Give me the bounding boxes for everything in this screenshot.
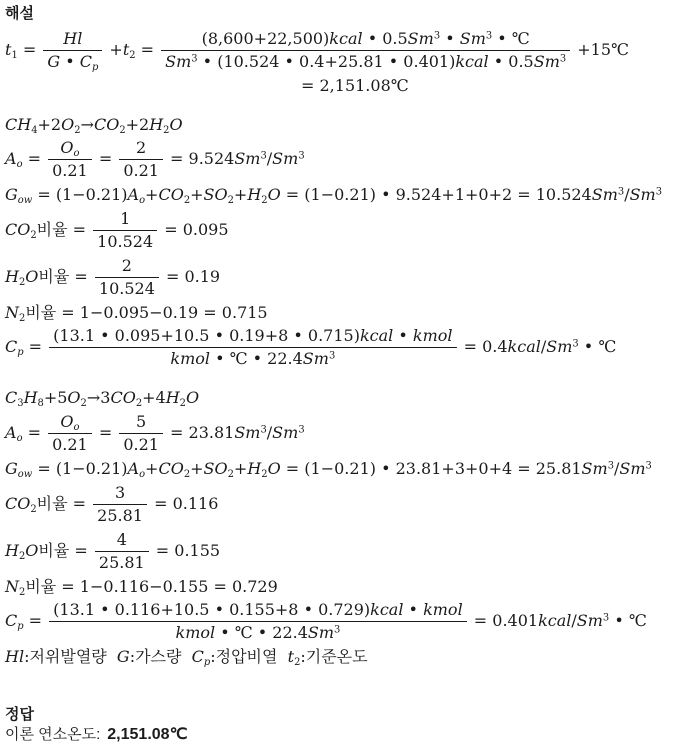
math-line: CO2비율 = 110.524 = 0.095 (5, 208, 672, 253)
document: 해설 t1 = HlG • Cp +t2 = (8,600+22,500)kca… (0, 0, 678, 754)
line-gap (5, 372, 672, 385)
math-line: = 2,151.08℃ (301, 75, 672, 97)
math-line: H2O비율 = 425.81 = 0.155 (5, 529, 672, 574)
answer-value: 2,151.08℃ (107, 726, 187, 743)
math-line: Cp = (13.1 • 0.116+10.5 • 0.155+8 • 0.72… (5, 599, 672, 644)
math-line: CH4+2O2→CO2+2H2O (5, 114, 672, 136)
math-line: Ao = Oo0.21 = 20.21 = 9.524Sm3/Sm3 (5, 137, 672, 182)
answer-line: 이론 연소온도:2,151.08℃ (5, 725, 672, 746)
math-line: t1 = HlG • Cp +t2 = (8,600+22,500)kcal •… (5, 28, 672, 73)
math-line: Gow = (1−0.21)Ao+CO2+SO2+H2O = (1−0.21) … (5, 184, 672, 206)
answer-heading: 정답 (5, 706, 672, 724)
math-line: C3H8+5O2→3CO2+4H2O (5, 387, 672, 409)
math-line: Ao = Oo0.21 = 50.21 = 23.81Sm3/Sm3 (5, 411, 672, 456)
line-gap (5, 99, 672, 112)
math-line: Gow = (1−0.21)Ao+CO2+SO2+H2O = (1−0.21) … (5, 458, 672, 480)
math-line: N2비율 = 1−0.116−0.155 = 0.729 (5, 576, 672, 598)
math-line: H2O비율 = 210.524 = 0.19 (5, 255, 672, 300)
math-line: CO2비율 = 325.81 = 0.116 (5, 482, 672, 527)
math-line: Hl:저위발열량 G:가스량 Cp:정압비열 t2:기준온도 (5, 646, 672, 668)
math-line: Cp = (13.1 • 0.095+10.5 • 0.19+8 • 0.715… (5, 325, 672, 370)
math-line: N2비율 = 1−0.095−0.19 = 0.715 (5, 302, 672, 324)
explanation-heading: 해설 (5, 5, 672, 23)
solution-block: t1 = HlG • Cp +t2 = (8,600+22,500)kcal •… (5, 28, 672, 668)
answer-label: 이론 연소온도: (5, 726, 100, 743)
section-gap (5, 670, 672, 704)
